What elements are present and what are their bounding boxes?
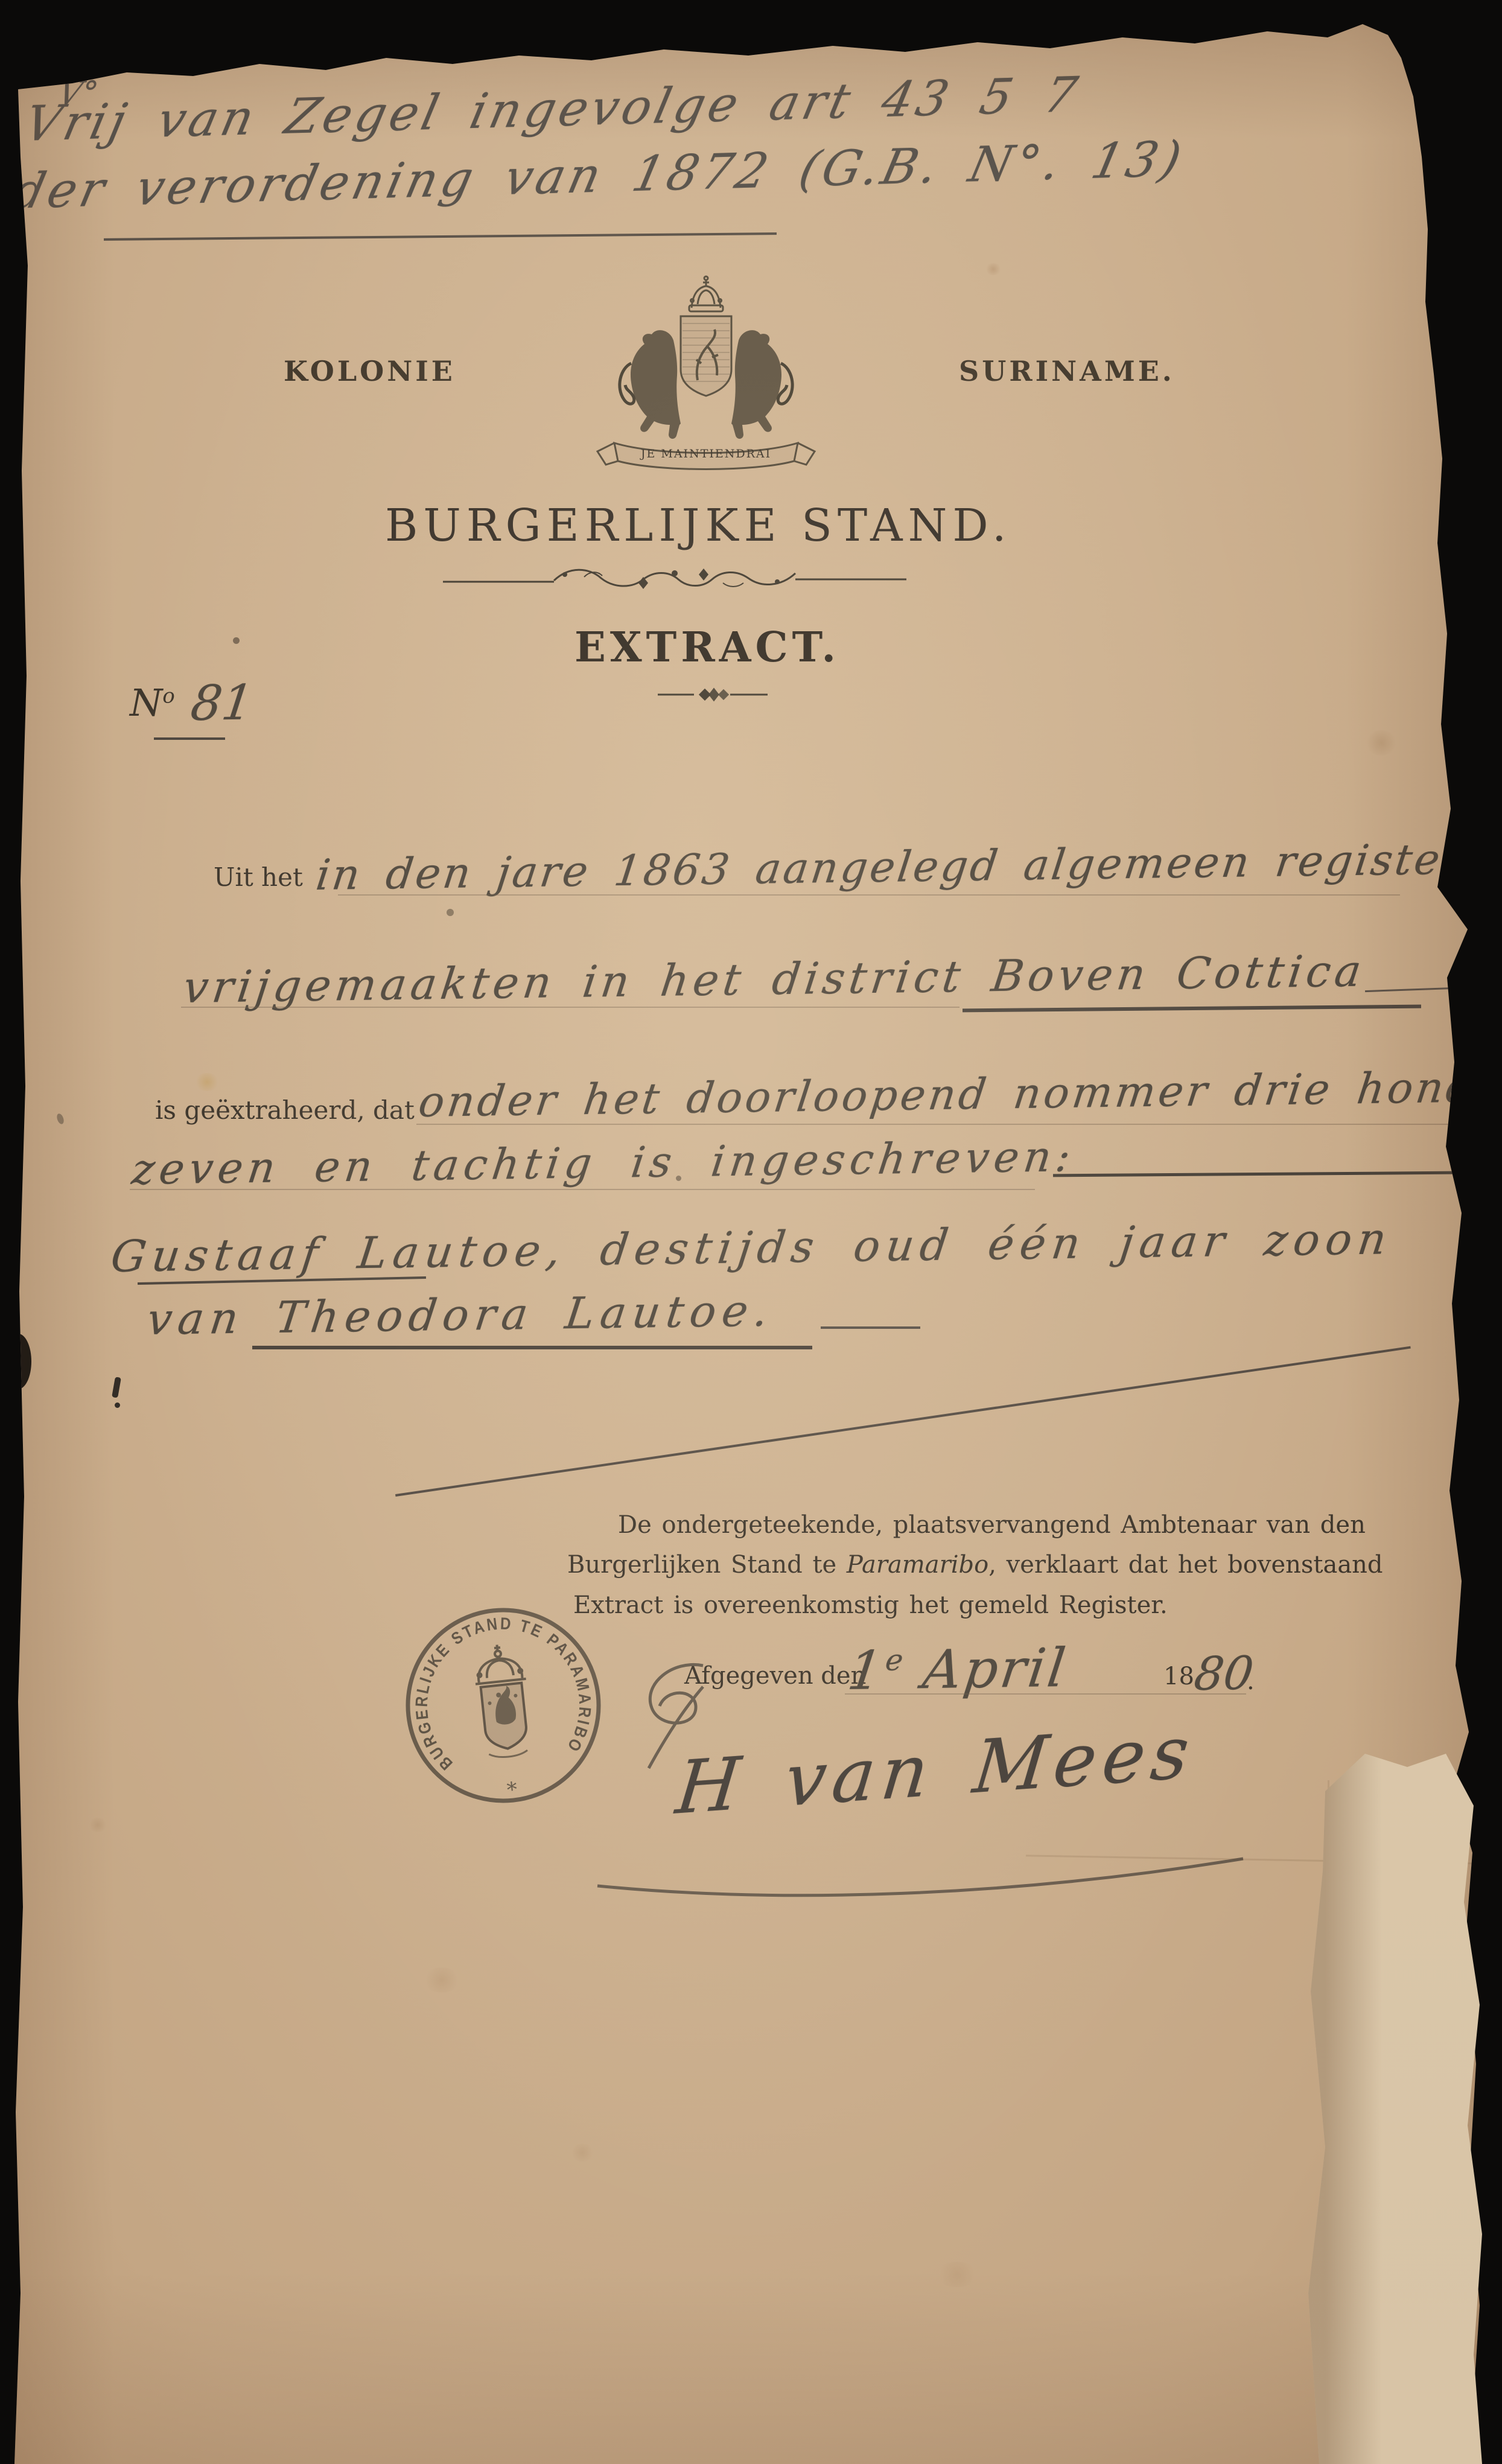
- handwritten-line3: onder het doorloopend nommer drie honder…: [416, 1065, 1502, 1123]
- shield-icon: [681, 316, 731, 396]
- lion-supporter-icon: [620, 330, 681, 439]
- handwritten-name-line: Gustaaf Lautoe, destijds oud één jaar zo…: [109, 1217, 1395, 1278]
- number-value: 81: [188, 678, 256, 728]
- handwritten-line2: vrijgemaakten in het district Boven Cott…: [181, 949, 1368, 1009]
- place-name-emphasis: Paramaribo: [847, 1551, 988, 1579]
- exemption-underline: [104, 232, 777, 241]
- mother-underline: [252, 1346, 812, 1349]
- crest-motto: JE MAINTIENDRAI: [640, 447, 771, 460]
- sub-divider: [658, 686, 769, 704]
- declaration-line1: De ondergeteekende, plaatsvervangend Amb…: [618, 1513, 1366, 1537]
- scanned-document: V° Vrij van Zegel ingevolge art 43 5 7 d…: [0, 0, 1502, 2464]
- section-heading: EXTRACT.: [574, 627, 840, 668]
- dash-after-mother: [821, 1326, 920, 1329]
- handwritten-line1: in den jare 1863 aangelegd algemeen regi…: [314, 836, 1502, 896]
- year-printed: 18: [1163, 1664, 1194, 1689]
- year-period: .: [1247, 1669, 1255, 1693]
- stamp-ornament: *: [506, 1777, 518, 1803]
- printed-intro: Uit het: [214, 865, 303, 890]
- printed-mid: is geëxtraheerd, dat: [155, 1098, 415, 1123]
- header-suriname: SURINAME.: [959, 357, 1175, 385]
- handwritten-line4: zeven en tachtig is ingeschreven:: [130, 1135, 1078, 1191]
- declaration-line2: Burgerlijken Stand te Paramaribo, verkla…: [567, 1553, 1383, 1577]
- stamp-crown-icon: [472, 1642, 526, 1684]
- document-page: V° Vrij van Zegel ingevolge art 43 5 7 d…: [0, 0, 1502, 2464]
- diagonal-strike-line: [395, 1346, 1411, 1497]
- margin-exclamation-dot: [115, 1402, 120, 1408]
- margin-exclamation-mark: [112, 1377, 121, 1398]
- number-underline: [154, 737, 225, 740]
- handwritten-date: 1e April: [845, 1641, 1071, 1698]
- stamp-exemption-line1: Vrij van Zegel ingevolge art 43 5 7: [21, 71, 1085, 148]
- signature-flourish: [588, 1844, 1252, 1904]
- signature: H van Mees: [673, 1716, 1198, 1826]
- header-kolonie: KOLONIE: [284, 357, 456, 385]
- fill-line-after-line4: [1053, 1171, 1460, 1177]
- district-underline: [963, 1005, 1421, 1013]
- handwritten-mother-line: van Theodora Lautoe.: [145, 1288, 777, 1341]
- coat-of-arms: JE MAINTIENDRAI: [573, 273, 839, 490]
- declaration-line3: Extract is overeenkomstig het gemeld Reg…: [573, 1593, 1168, 1617]
- dash-after-district: [1365, 987, 1471, 992]
- page-title: BURGERLIJKE STAND.: [385, 503, 1012, 548]
- divider-flourish: [439, 560, 910, 599]
- number-label: No: [130, 684, 175, 722]
- stamp-seal: BURGERLIJKE STAND TE PARAMARIBO *: [388, 1590, 619, 1821]
